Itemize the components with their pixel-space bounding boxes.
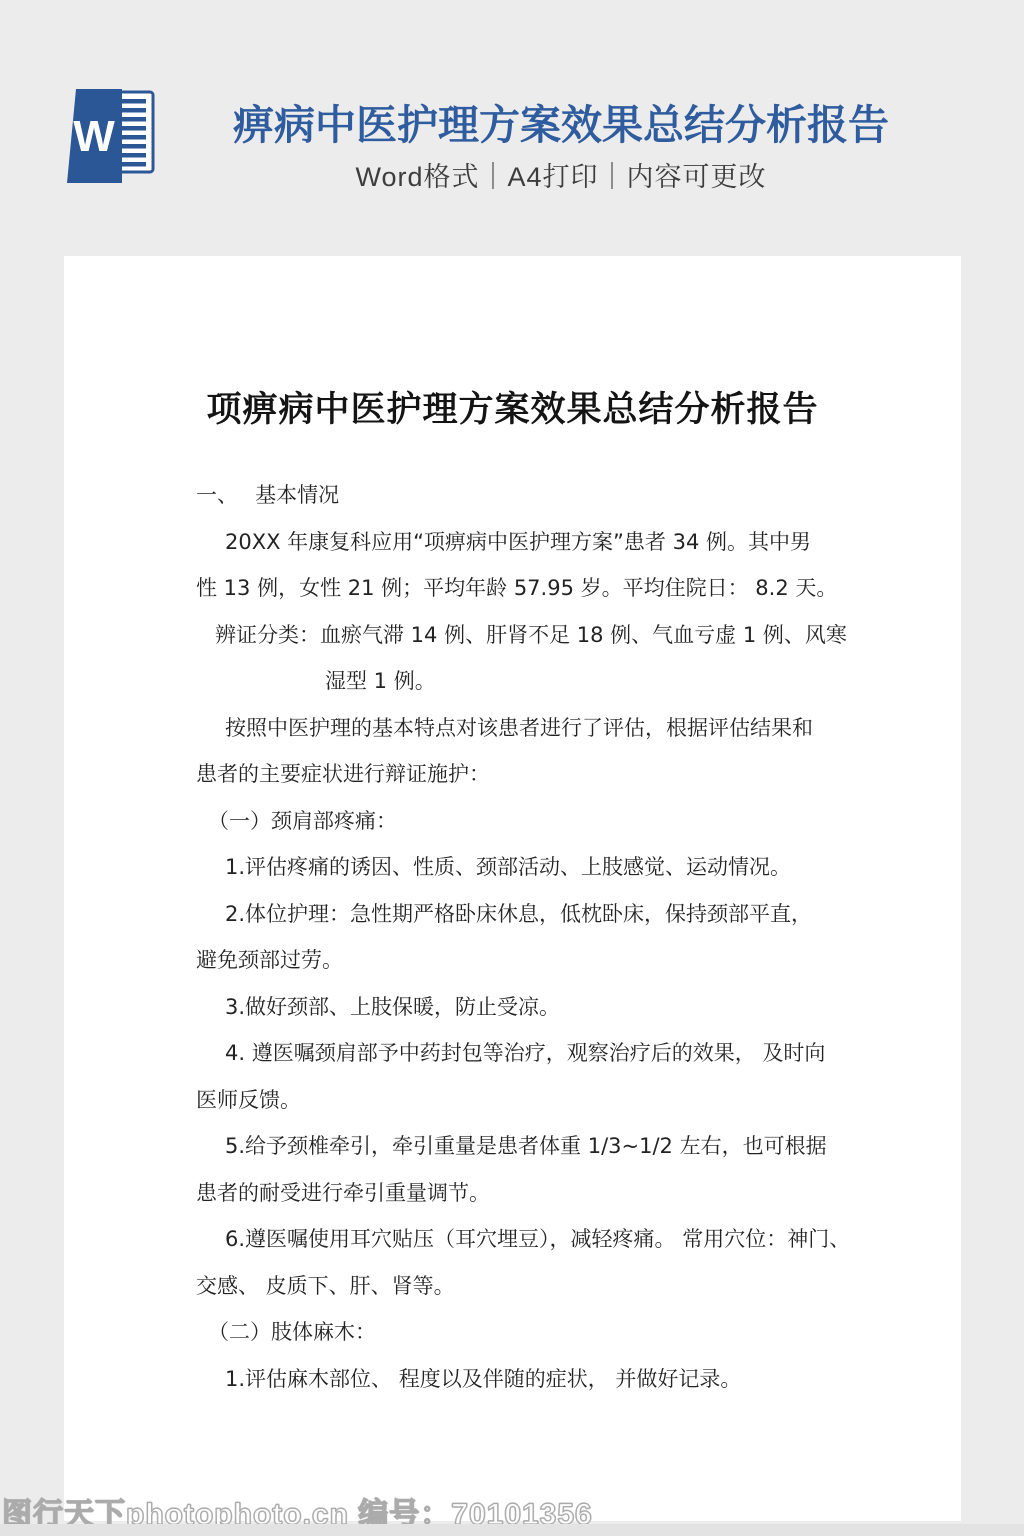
bottom-strip (0, 1524, 1024, 1536)
document-line: 5.给予颈椎牵引，牵引重量是患者体重 1/3~1/2 左右，也可根据 (196, 1123, 961, 1170)
document-line: 20XX 年康复科应用“项痹病中医护理方案”患者 34 例。其中男 (196, 519, 961, 566)
document-line: 辨证分类：血瘀气滞 14 例、肝肾不足 18 例、气血亏虚 1 例、风寒 (196, 612, 961, 659)
document-title: 项痹病中医护理方案效果总结分析报告 (64, 388, 961, 432)
template-preview-header: W 痹病中医护理方案效果总结分析报告 Word格式｜A4打印｜内容可更改 (0, 0, 1024, 256)
document-line: 3.做好颈部、上肢保暖，防止受凉。 (196, 984, 961, 1031)
document-line: 1.评估疼痛的诱因、性质、颈部活动、上肢感觉、运动情况。 (196, 844, 961, 891)
template-subtitle: Word格式｜A4打印｜内容可更改 (231, 155, 891, 194)
document-line: （一）颈肩部疼痛： (196, 798, 961, 845)
svg-text:W: W (73, 112, 115, 161)
document-line: 患者的耐受进行牵引重量调节。 (196, 1170, 961, 1217)
document-line: 交感、 皮质下、肝、肾等。 (196, 1263, 961, 1310)
document-line: 避免颈部过劳。 (196, 937, 961, 984)
word-logo-icon: W (64, 87, 158, 185)
document-line: （二）肢体麻木： (196, 1309, 961, 1356)
document-page: 项痹病中医护理方案效果总结分析报告 一、 基本情况20XX 年康复科应用“项痹病… (64, 256, 961, 1521)
document-line: 性 13 例，女性 21 例；平均年龄 57.95 岁。平均住院日： 8.2 天… (196, 565, 961, 612)
document-line: 湿型 1 例。 (196, 658, 961, 705)
document-line: 6.遵医嘱使用耳穴贴压（耳穴埋豆），减轻疼痛。 常用穴位：神门、 (196, 1216, 961, 1263)
document-line: 一、 基本情况 (196, 472, 961, 519)
document-line: 2.体位护理：急性期严格卧床休息，低枕卧床，保持颈部平直， (196, 891, 961, 938)
document-line: 按照中医护理的基本特点对该患者进行了评估，根据评估结果和 (196, 705, 961, 752)
template-title: 痹病中医护理方案效果总结分析报告 (231, 92, 891, 151)
document-line: 患者的主要症状进行辩证施护： (196, 751, 961, 798)
document-line: 1.评估麻木部位、 程度以及伴随的症状， 并做好记录。 (196, 1356, 961, 1403)
document-line: 医师反馈。 (196, 1077, 961, 1124)
document-body: 一、 基本情况20XX 年康复科应用“项痹病中医护理方案”患者 34 例。其中男… (64, 472, 961, 1402)
document-line: 4. 遵医嘱颈肩部予中药封包等治疗，观察治疗后的效果， 及时向 (196, 1030, 961, 1077)
